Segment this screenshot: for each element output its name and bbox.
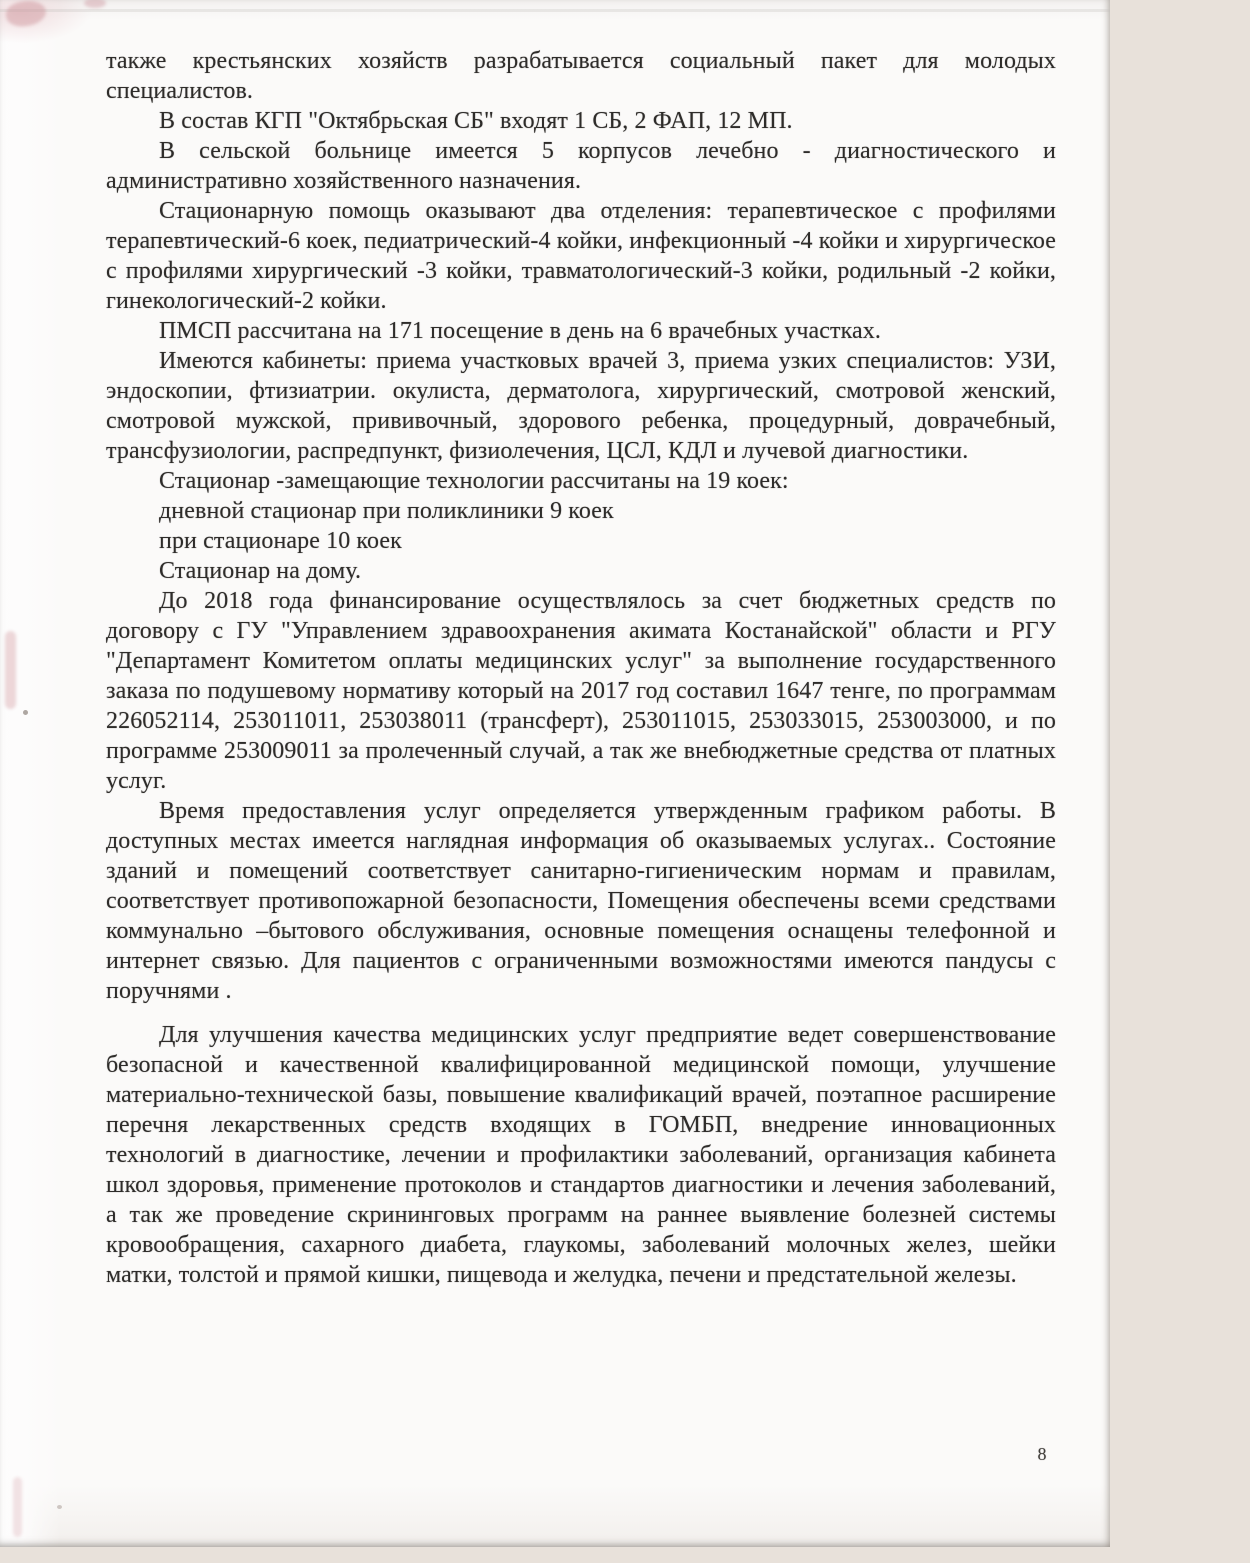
document-body-text: также крестьянских хозяйств разрабатывае… [106, 46, 1056, 1290]
paragraph: Время предоставления услуг определяется … [106, 796, 1056, 1006]
dust-speck [57, 1505, 62, 1509]
ink-smudge-top-left [4, 0, 48, 29]
paragraph: В сельской больнице имеется 5 корпусов л… [106, 136, 1056, 196]
paragraph: До 2018 года финансирование осуществляло… [106, 586, 1056, 796]
page-number: 8 [1030, 1444, 1054, 1465]
scanned-document: также крестьянских хозяйств разрабатывае… [0, 0, 1250, 1563]
paragraph: также крестьянских хозяйств разрабатывае… [106, 46, 1056, 106]
paragraph: дневной стационар при поликлиники 9 коек [106, 496, 1056, 526]
paragraph: Имеются кабинеты: приема участковых врач… [106, 346, 1056, 466]
dust-speck [23, 710, 28, 715]
paragraph: Стационар -замещающие технологии рассчит… [106, 466, 1056, 496]
paragraph: В состав КГП "Октябрьская СБ" входят 1 С… [106, 106, 1056, 136]
scan-artifact-line [0, 9, 1110, 12]
ink-dash-top [84, 0, 106, 8]
paragraph: Стационарную помощь оказывают два отделе… [106, 196, 1056, 316]
scanned-page: также крестьянских хозяйств разрабатывае… [0, 0, 1110, 1547]
paragraph: ПМСП рассчитана на 171 посещение в день … [106, 316, 1056, 346]
paragraph: при стационаре 10 коек [106, 526, 1056, 556]
ink-streak-bottom-left [13, 1477, 22, 1537]
paragraph: Стационар на дому. [106, 556, 1056, 586]
ink-streak-left-edge [5, 631, 16, 709]
paragraph: Для улучшения качества медицинских услуг… [106, 1020, 1056, 1290]
